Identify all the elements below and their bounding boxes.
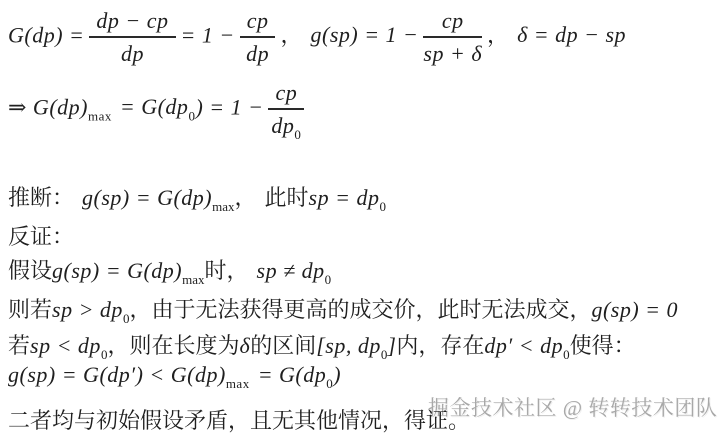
formula-segment: g(sp) = 0	[591, 297, 678, 322]
text-segment: 假设	[8, 258, 52, 283]
fraction: cpsp + δ	[423, 8, 482, 67]
formula-segment: )	[333, 362, 341, 387]
text-segment: 则若	[8, 297, 52, 322]
formula-segment: sp > dp	[52, 297, 123, 322]
text-segment: 内，存在	[396, 333, 484, 358]
formula-segment: [sp, dp	[316, 333, 381, 358]
formula-segment: sp = dp	[309, 185, 380, 210]
formula-segment: ) = 1 −	[195, 94, 263, 119]
math-derivation-page: 掘金技术社区 @ 转转技术团队 G(dp) =dp − cpdp= 1 −cpd…	[0, 0, 720, 436]
fraction-denominator: sp + δ	[423, 38, 482, 66]
text-segment: ，则在长度为	[107, 333, 239, 358]
formula-segment: δ	[239, 333, 250, 358]
formula-segment: G(dp) =	[8, 22, 84, 47]
label-inference: 推断：	[8, 185, 74, 210]
subscript-max: max	[88, 108, 112, 123]
subscript-zero: 0	[325, 272, 332, 287]
formula-segment: = G(dp	[258, 362, 327, 387]
text-line-case-less: 若sp < dp0，则在长度为δ的区间[sp, dp0]内，存在dp′ < dp…	[8, 329, 636, 360]
text-segment: ，由于无法获得更高的成交价，此时无法成交，	[129, 297, 591, 322]
fraction: cpdp	[240, 8, 276, 67]
formula-segment: sp ≠ dp	[257, 258, 325, 283]
text-line-contradiction-label: 反证：	[8, 220, 74, 251]
text-segment: 时，	[205, 258, 249, 283]
text-segment: 二者均与初始假设矛盾，且无其他情况，得证。	[8, 408, 470, 433]
subscript-zero: 0	[294, 127, 301, 142]
formula-segment: g(sp) = G(dp)	[52, 258, 182, 283]
subscript-zero: 0	[379, 199, 386, 214]
fraction-denominator: dp	[89, 38, 175, 66]
fraction-denominator: dp0	[268, 110, 304, 138]
formula-line-gdp-max: ⇒ G(dp)max= G(dp0) = 1 −cpdp0	[8, 80, 309, 139]
fraction-numerator: cp	[268, 80, 304, 110]
text-line-case-greater: 则若sp > dp0，由于无法获得更高的成交价，此时无法成交，g(sp) = 0	[8, 293, 678, 324]
denominator-base: dp	[271, 113, 294, 138]
formula-segment: g(sp) = 1 −	[311, 22, 419, 47]
text-line-qed: 二者均与初始假设矛盾，且无其他情况，得证。	[8, 404, 470, 435]
fraction-denominator: dp	[240, 38, 276, 66]
text-segment: 此时	[265, 185, 309, 210]
subscript-max: max	[226, 376, 250, 391]
text-line-assumption: 假设g(sp) = G(dp)max时，sp ≠ dp0	[8, 254, 331, 285]
formula-line-gdp-gsp-definition: G(dp) =dp − cpdp= 1 −cpdp，g(sp) = 1 −cps…	[8, 8, 626, 67]
text-segment: 若	[8, 333, 30, 358]
comma: ，	[487, 22, 509, 47]
fraction-numerator: cp	[240, 8, 276, 38]
formula-segment: g(sp) = G(dp)	[82, 185, 212, 210]
formula-segment: sp < dp	[30, 333, 101, 358]
formula-segment: = 1 −	[181, 22, 235, 47]
formula-segment: δ = dp − sp	[517, 22, 626, 47]
formula-segment: g(sp) = G(dp′) < G(dp)	[8, 362, 226, 387]
text-segment: 的区间	[250, 333, 316, 358]
comma: ，	[235, 185, 257, 210]
formula-line-conclusion-inequality: g(sp) = G(dp′) < G(dp)max= G(dp0)	[8, 362, 341, 388]
comma: ，	[280, 22, 302, 47]
fraction: dp − cpdp	[89, 8, 175, 67]
text-line-inference: 推断：g(sp) = G(dp)max，此时sp = dp0	[8, 181, 386, 212]
text-segment: 使得：	[570, 333, 636, 358]
subscript-max: max	[182, 272, 204, 287]
fraction-numerator: dp − cp	[89, 8, 175, 38]
subscript-max: max	[212, 199, 234, 214]
label-proof-by-contradiction: 反证：	[8, 224, 74, 249]
formula-segment: dp′ < dp	[484, 333, 563, 358]
watermark-text: 掘金技术社区 @ 转转技术团队	[428, 392, 717, 422]
formula-segment: ⇒ G(dp)	[8, 94, 88, 119]
fraction-numerator: cp	[423, 8, 482, 38]
fraction: cpdp0	[268, 80, 304, 139]
formula-segment: = G(dp	[120, 94, 189, 119]
